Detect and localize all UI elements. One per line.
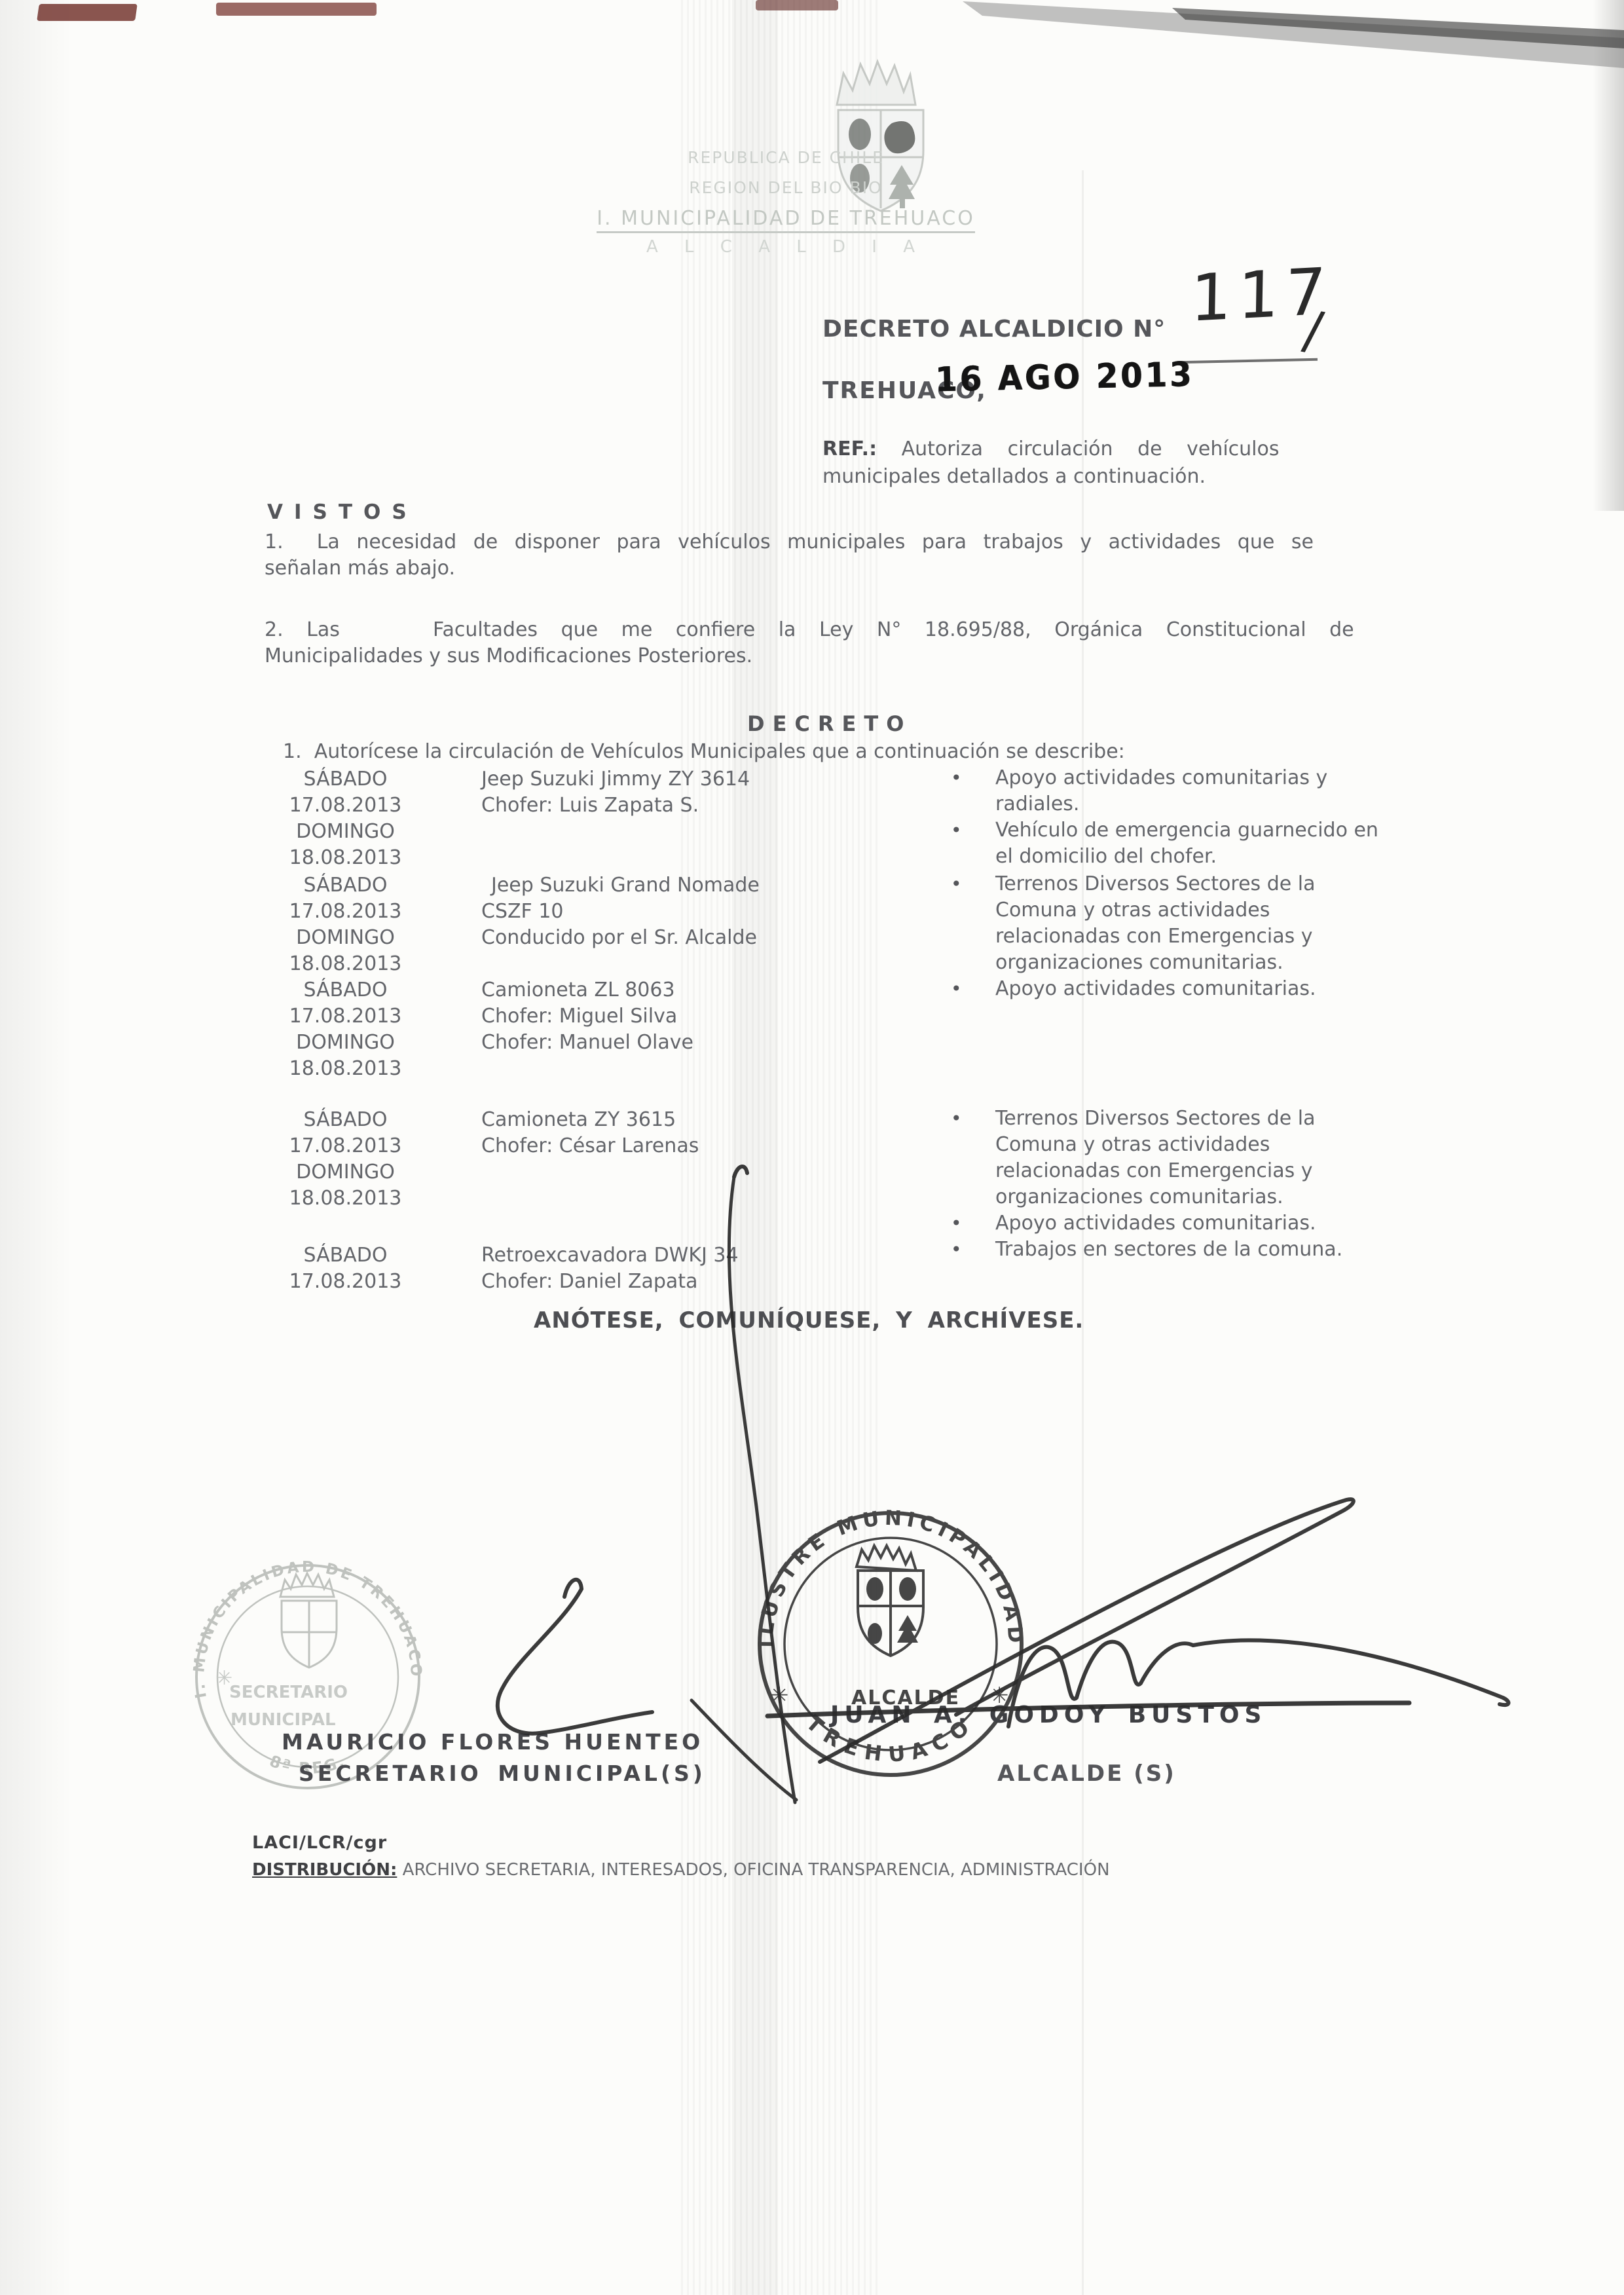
scanned-decree-page: REPUBLICA DE CHILE REGION DEL BIO BIO I.… [0, 0, 1624, 2295]
mayor-signature-strike [767, 1703, 1409, 1716]
center-pen-stroke-hook [734, 1166, 747, 1177]
secretary-signature [498, 1589, 652, 1734]
center-pen-stroke [729, 1177, 795, 1802]
ink-signatures-layer [0, 0, 1624, 2295]
mayor-signature [820, 1499, 1354, 1762]
mayor-signature [1193, 1640, 1509, 1705]
mayor-signature [1008, 1642, 1193, 1726]
